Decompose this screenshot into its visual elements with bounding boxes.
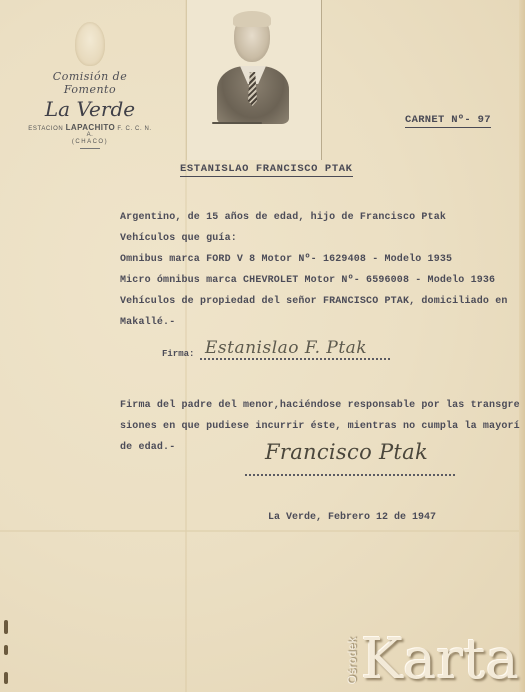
letterhead-town: La Verde	[25, 97, 155, 121]
watermark-logo: Ośrodek Karta	[345, 628, 519, 688]
body-line: Argentino, de 15 años de edad, hijo de F…	[120, 212, 446, 223]
letterhead: Comisión de Fomento La Verde ESTACION LA…	[25, 22, 155, 149]
letterhead-province: (CHACO)	[25, 139, 155, 145]
body-line: Micro ómnibus marca CHEVROLET Motor Nº- …	[120, 275, 495, 286]
carnet-number: CARNET Nº- 97	[405, 114, 491, 128]
letterhead-commission: Comisión de Fomento	[25, 70, 155, 96]
father-clause-line: de edad.-	[120, 442, 175, 453]
holder-signature: Estanislao F. Ptak	[205, 338, 367, 358]
body-line: Omnibus marca FORD V 8 Motor Nº- 1629408…	[120, 254, 452, 265]
letterhead-rule	[80, 148, 100, 149]
place-date: La Verde, Febrero 12 de 1947	[268, 512, 436, 523]
father-clause-line: Firma del padre del menor,haciéndose res…	[120, 400, 520, 411]
father-signature: Francisco Ptak	[265, 440, 428, 464]
body-line: Makallé.-	[120, 317, 175, 328]
portrait-photo	[212, 8, 294, 128]
body-line: Vehículos que guía:	[120, 233, 237, 244]
father-signature-dotted-line	[245, 474, 455, 476]
paper-edge	[519, 0, 525, 692]
father-clause-line: siones en que pudiese incurrir éste, mie…	[120, 421, 520, 432]
document-page: Comisión de Fomento La Verde ESTACION LA…	[0, 0, 525, 692]
station-name: LAPACHITO	[66, 123, 116, 132]
coat-of-arms-icon	[75, 22, 105, 66]
photo-mount	[186, 0, 322, 160]
signature-dotted-line	[200, 358, 390, 360]
watermark-big-text: Karta	[361, 632, 519, 688]
letterhead-station: ESTACION LAPACHITO F. C. C. N. A.	[25, 123, 155, 138]
holder-name: ESTANISLAO FRANCISCO PTAK	[180, 163, 353, 177]
body-line: Vehículos de propiedad del señor FRANCIS…	[120, 296, 508, 307]
watermark-small-text: Ośrodek	[345, 637, 359, 684]
paper-fold-horizontal	[0, 530, 525, 532]
signature-label: Firma:	[162, 349, 194, 359]
station-prefix: ESTACION	[28, 126, 63, 132]
